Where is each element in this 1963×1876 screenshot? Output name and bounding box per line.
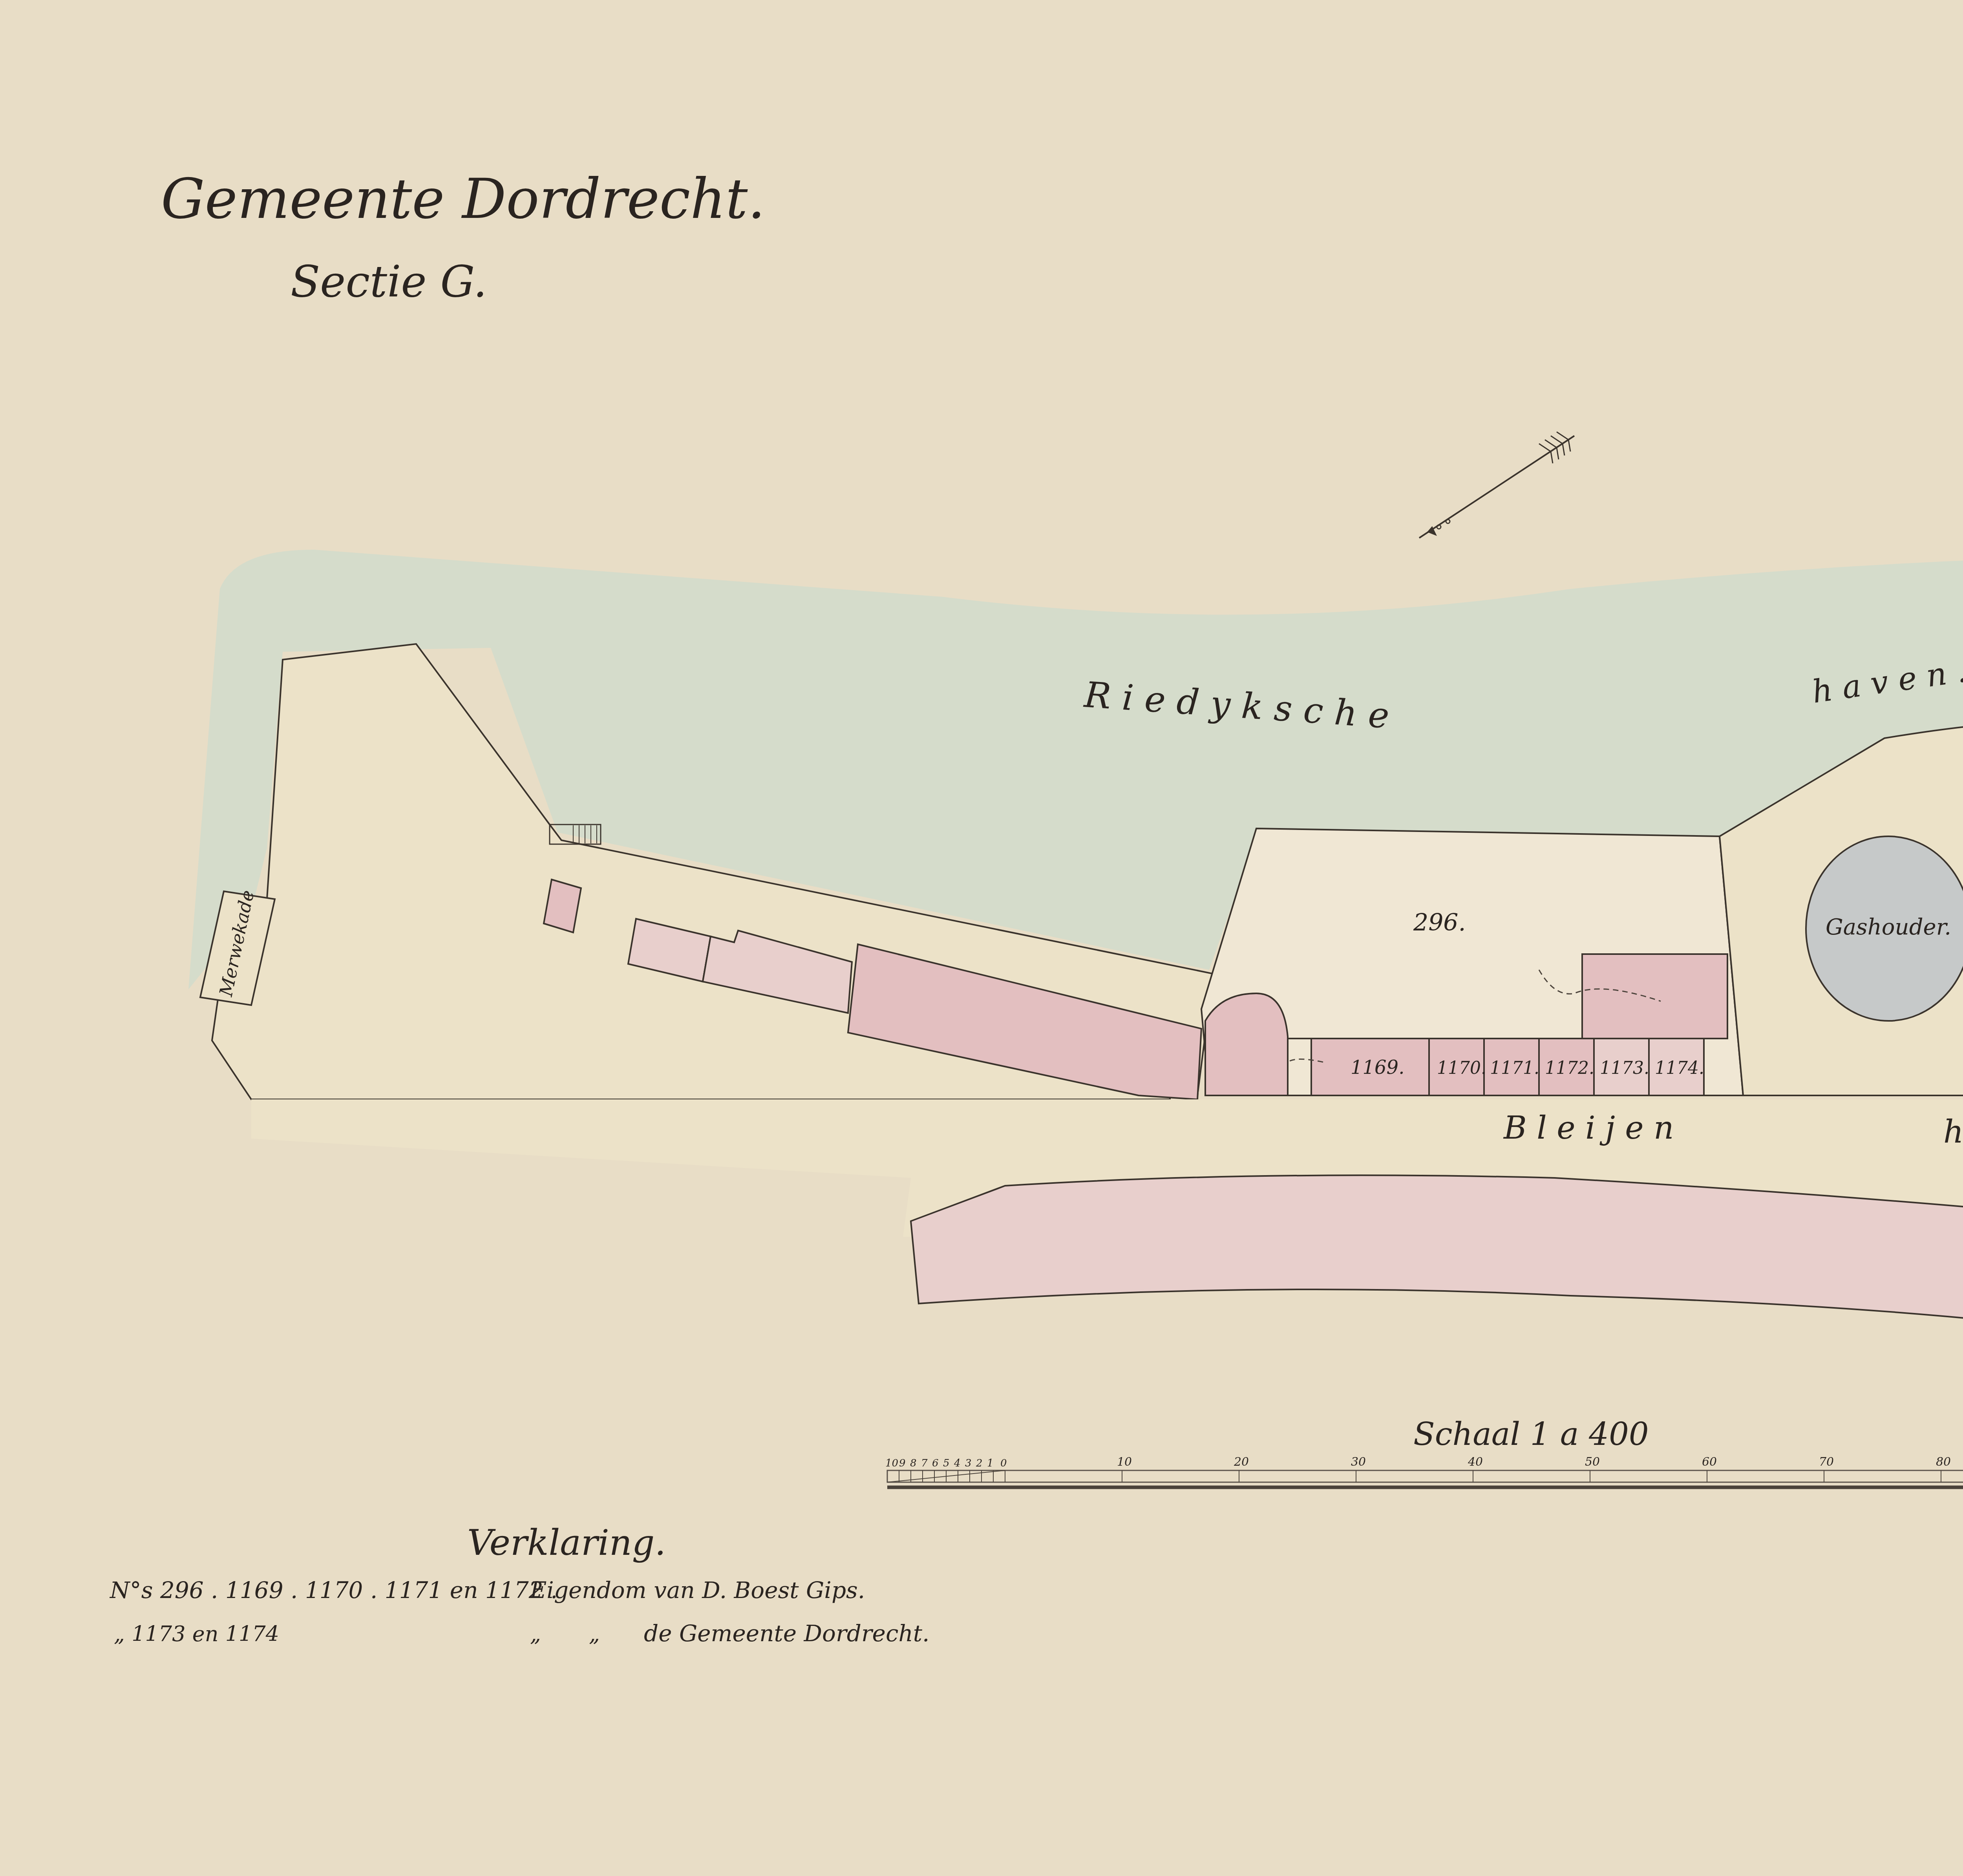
scale-subtick-label: 6: [932, 1457, 939, 1469]
parcel-label-1170: 1170.: [1437, 1058, 1486, 1078]
legend-row-2-description: de Gemeente Dordrecht.: [644, 1620, 930, 1647]
parcel-label-1172: 1172.: [1545, 1058, 1594, 1078]
map-subtitle: Sectie G.: [291, 256, 487, 307]
scale-tick-label: 50: [1585, 1455, 1600, 1469]
parcel-label-1169: 1169.: [1351, 1057, 1404, 1079]
parcel-label-1173: 1173.: [1600, 1058, 1649, 1078]
building-lower-strip: [911, 1175, 1963, 1355]
scale-subtick-label: 7: [921, 1457, 928, 1469]
scale-subtick-label: 4: [954, 1457, 961, 1469]
scale-tick-label: 20: [1234, 1455, 1249, 1469]
map-sheet: Gemeente Dordrecht. Sectie G. ± 1895 R i…: [0, 0, 1963, 1876]
legend-row-2-numbers: „ 1173 en 1174: [114, 1622, 279, 1646]
cadastral-map: Gemeente Dordrecht. Sectie G. ± 1895 R i…: [0, 0, 1963, 1876]
scale-subtick-label: 5: [943, 1457, 950, 1469]
scale-subtick-label: 3: [965, 1457, 972, 1469]
building-rounded: [1205, 993, 1288, 1095]
scale-tick-label: 10: [1117, 1455, 1132, 1469]
scale-subtick-label: 10: [885, 1457, 898, 1469]
scale-title: Schaal 1 a 400: [1413, 1416, 1649, 1452]
scale-tick-label: 40: [1468, 1455, 1483, 1469]
scale-subtick-label: 2: [976, 1457, 983, 1469]
map-title: Gemeente Dordrecht.: [161, 167, 765, 231]
parcel-label-1174: 1174.: [1655, 1058, 1704, 1078]
scale-subtick-label: 1: [987, 1457, 994, 1469]
legend-row-1-description: Eigendom van D. Boest Gips.: [530, 1577, 865, 1604]
scale-tick-label: 60: [1702, 1455, 1717, 1469]
legend-row-2-ditto-2: „: [589, 1622, 600, 1646]
street-label-hoek: h o e k .: [1943, 1114, 1963, 1150]
gasholder-1-label: Gashouder.: [1826, 914, 1951, 940]
scale-subtick-label: 8: [910, 1457, 917, 1469]
scale-tick-label: 70: [1819, 1455, 1834, 1469]
legend-row-2-ditto-1: „: [530, 1622, 541, 1646]
north-arrow-icon: [1419, 432, 1574, 538]
scale-subtick-label: 0: [1000, 1457, 1007, 1469]
scale-bar: Schaal 1 a 400 10 9 8 7 6 5 4 3 2 1: [885, 1416, 1963, 1490]
street-label-bleijen: B l e i j e n: [1503, 1110, 1674, 1146]
scale-tick-label: 30: [1351, 1455, 1366, 1469]
parcel-label-296: 296.: [1413, 909, 1466, 936]
parcel-label-1171: 1171.: [1490, 1058, 1539, 1078]
legend-row-1-numbers: N°s 296 . 1169 . 1170 . 1171 en 1172 .: [109, 1577, 557, 1604]
building-yard-pink: [1582, 954, 1727, 1039]
legend-title: Verklaring.: [467, 1522, 666, 1563]
scale-subtick-label: 9: [899, 1457, 906, 1469]
legend: Verklaring. N°s 296 . 1169 . 1170 . 1171…: [109, 1522, 930, 1647]
scale-tick-label: 80: [1936, 1455, 1951, 1469]
